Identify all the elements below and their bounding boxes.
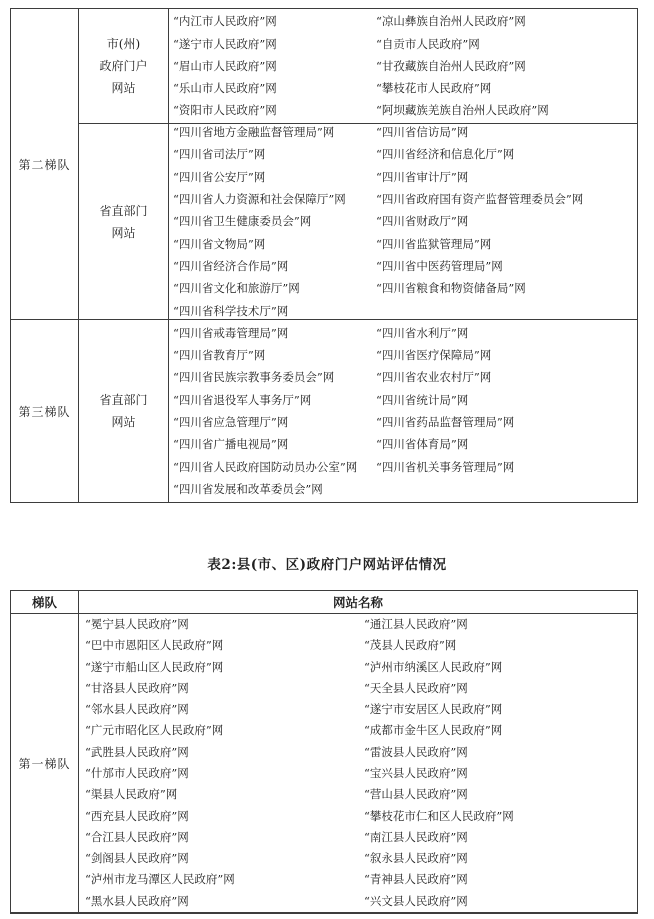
site-name: “南江县人民政府”网 [364, 827, 633, 848]
site-name: “四川省应急管理厅”网 [173, 411, 376, 433]
site-name [376, 478, 633, 500]
table-row: “遂宁市船山区人民政府”网“泸州市纳溪区人民政府”网 [85, 657, 633, 678]
site-name: “青神县人民政府”网 [364, 869, 633, 890]
table2-header-row: 梯队 网站名称 [11, 591, 637, 614]
site-name: “四川省发展和改革委员会”网 [173, 478, 376, 500]
site-name: “四川省卫生健康委员会”网 [173, 210, 376, 232]
table-row: “四川省退役军人事务厅”网“四川省统计局”网 [173, 389, 633, 411]
table2-body: 第一梯队 “冕宁县人民政府”网“通江县人民政府”网“巴中市恩阳区人民政府”网“茂… [11, 614, 637, 912]
provincial-dept-section-tier2: 省直部门 网站 “四川省地方金融监督管理局”网“四川省信访局”网“四川省司法厅”… [79, 123, 637, 319]
tier2-group: 第二梯队 市(州) 政府门户 网站 “内江市人民政府”网“凉山彝族自治州人民政府… [11, 9, 637, 319]
site-name: “叙永县人民政府”网 [364, 848, 633, 869]
site-name: “四川省信访局”网 [376, 121, 633, 143]
site-name: “凉山彝族自治州人民政府”网 [376, 10, 633, 32]
table-row: “四川省教育厅”网“四川省医疗保障局”网 [173, 344, 633, 366]
site-name: “四川省科学技术厅”网 [173, 300, 376, 322]
provincial-dept-category-cell: 省直部门 网站 [79, 124, 169, 319]
site-name: “四川省统计局”网 [376, 389, 633, 411]
site-name: “遂宁市船山区人民政府”网 [85, 657, 364, 678]
county-site-list: “冕宁县人民政府”网“通江县人民政府”网“巴中市恩阳区人民政府”网“茂县人民政府… [79, 614, 637, 912]
table-row: “甘洛县人民政府”网“天全县人民政府”网 [85, 678, 633, 699]
tier2-label-cell: 第二梯队 [11, 9, 79, 319]
provincial-dept-site-list-tier2: “四川省地方金融监督管理局”网“四川省信访局”网“四川省司法厅”网“四川省经济和… [169, 124, 637, 319]
site-name: “雷波县人民政府”网 [364, 742, 633, 763]
site-name: “四川省民族宗教事务委员会”网 [173, 366, 376, 388]
table-row: “四川省民族宗教事务委员会”网“四川省农业农村厅”网 [173, 366, 633, 388]
site-name: “四川省广播电视局”网 [173, 433, 376, 455]
table-row: “四川省人力资源和社会保障厅”网“四川省政府国有资产监督管理委员会”网 [173, 188, 633, 210]
site-name: “四川省政府国有资产监督管理委员会”网 [376, 188, 633, 210]
table-row: “四川省人民政府国防动员办公室”网“四川省机关事务管理局”网 [173, 456, 633, 478]
site-name: “四川省人力资源和社会保障厅”网 [173, 188, 376, 210]
site-name: “剑阁县人民政府”网 [85, 848, 364, 869]
table-row: “眉山市人民政府”网“甘孜藏族自治州人民政府”网 [173, 55, 633, 77]
site-name: “攀枝花市仁和区人民政府”网 [364, 806, 633, 827]
site-name: “甘孜藏族自治州人民政府”网 [376, 55, 633, 77]
site-name: “冕宁县人民政府”网 [85, 614, 364, 635]
site-name: “四川省文物局”网 [173, 233, 376, 255]
site-name: “合江县人民政府”网 [85, 827, 364, 848]
site-name: “四川省司法厅”网 [173, 143, 376, 165]
table-row: “巴中市恩阳区人民政府”网“茂县人民政府”网 [85, 635, 633, 656]
site-name: “四川省医疗保障局”网 [376, 344, 633, 366]
site-name: “四川省体育局”网 [376, 433, 633, 455]
city-portal-site-list: “内江市人民政府”网“凉山彝族自治州人民政府”网“遂宁市人民政府”网“自贡市人民… [169, 9, 637, 123]
site-name: “甘洛县人民政府”网 [85, 678, 364, 699]
site-name: “宝兴县人民政府”网 [364, 763, 633, 784]
site-name: “四川省公安厅”网 [173, 166, 376, 188]
site-name: “四川省地方金融监督管理局”网 [173, 121, 376, 143]
site-name: “遂宁市人民政府”网 [173, 33, 376, 55]
document-page: { "table1": { "groups": [ { "tier": "第二梯… [0, 0, 654, 919]
site-name: “四川省经济合作局”网 [173, 255, 376, 277]
table-row: “四川省地方金融监督管理局”网“四川省信访局”网 [173, 121, 633, 143]
table-row: “四川省应急管理厅”网“四川省药品监督管理局”网 [173, 411, 633, 433]
site-name [376, 300, 633, 322]
table-row: “四川省文化和旅游厅”网“四川省粮食和物资储备局”网 [173, 277, 633, 299]
tier-evaluation-table: 第二梯队 市(州) 政府门户 网站 “内江市人民政府”网“凉山彝族自治州人民政府… [10, 8, 638, 503]
city-portal-category-cell: 市(州) 政府门户 网站 [79, 9, 169, 123]
table-row: “四川省经济合作局”网“四川省中医药管理局”网 [173, 255, 633, 277]
site-name: “营山县人民政府”网 [364, 784, 633, 805]
site-name: “四川省水利厅”网 [376, 322, 633, 344]
site-name: “泸州市纳溪区人民政府”网 [364, 657, 633, 678]
table-row: “内江市人民政府”网“凉山彝族自治州人民政府”网 [173, 10, 633, 32]
table-row: “渠县人民政府”网“营山县人民政府”网 [85, 784, 633, 805]
table-row: “四川省文物局”网“四川省监狱管理局”网 [173, 233, 633, 255]
table-row: “乐山市人民政府”网“攀枝花市人民政府”网 [173, 77, 633, 99]
table-row: “广元市昭化区人民政府”网“成都市金牛区人民政府”网 [85, 720, 633, 741]
table-row: “武胜县人民政府”网“雷波县人民政府”网 [85, 742, 633, 763]
provincial-dept-category-cell-tier3: 省直部门 网站 [79, 320, 169, 502]
table-row: “邻水县人民政府”网“遂宁市安居区人民政府”网 [85, 699, 633, 720]
site-name: “渠县人民政府”网 [85, 784, 364, 805]
table-row: “四川省戒毒管理局”网“四川省水利厅”网 [173, 322, 633, 344]
table-row: “四川省公安厅”网“四川省审计厅”网 [173, 166, 633, 188]
table-row: “什邡市人民政府”网“宝兴县人民政府”网 [85, 763, 633, 784]
tier3-group: 第三梯队 省直部门 网站 “四川省戒毒管理局”网“四川省水利厅”网“四川省教育厅… [11, 319, 637, 502]
table-row: “资阳市人民政府”网“阿坝藏族羌族自治州人民政府”网 [173, 99, 633, 121]
table2-header-site-name: 网站名称 [79, 591, 637, 613]
table-row: “西充县人民政府”网“攀枝花市仁和区人民政府”网 [85, 806, 633, 827]
site-name: “四川省退役军人事务厅”网 [173, 389, 376, 411]
county-evaluation-table: 梯队 网站名称 第一梯队 “冕宁县人民政府”网“通江县人民政府”网“巴中市恩阳区… [10, 590, 638, 914]
site-name: “阿坝藏族羌族自治州人民政府”网 [376, 99, 633, 121]
site-name: “广元市昭化区人民政府”网 [85, 720, 364, 741]
tier3-group-body: 省直部门 网站 “四川省戒毒管理局”网“四川省水利厅”网“四川省教育厅”网“四川… [79, 320, 637, 502]
table-row: “四川省卫生健康委员会”网“四川省财政厅”网 [173, 210, 633, 232]
tier1-label-cell: 第一梯队 [11, 614, 79, 912]
site-name: “四川省机关事务管理局”网 [376, 456, 633, 478]
table-row: “黑水县人民政府”网“兴文县人民政府”网 [85, 891, 633, 912]
site-name: “兴文县人民政府”网 [364, 891, 633, 912]
site-name: “成都市金牛区人民政府”网 [364, 720, 633, 741]
site-name: “什邡市人民政府”网 [85, 763, 364, 784]
site-name: “四川省药品监督管理局”网 [376, 411, 633, 433]
site-name: “武胜县人民政府”网 [85, 742, 364, 763]
site-name: “四川省经济和信息化厅”网 [376, 143, 633, 165]
site-name: “四川省文化和旅游厅”网 [173, 277, 376, 299]
site-name: “天全县人民政府”网 [364, 678, 633, 699]
site-name: “四川省粮食和物资储备局”网 [376, 277, 633, 299]
site-name: “攀枝花市人民政府”网 [376, 77, 633, 99]
site-name: “巴中市恩阳区人民政府”网 [85, 635, 364, 656]
tier3-label-cell: 第三梯队 [11, 320, 79, 502]
site-name: “四川省教育厅”网 [173, 344, 376, 366]
provincial-dept-section-tier3: 省直部门 网站 “四川省戒毒管理局”网“四川省水利厅”网“四川省教育厅”网“四川… [79, 320, 637, 502]
site-name: “内江市人民政府”网 [173, 10, 376, 32]
tier2-group-body: 市(州) 政府门户 网站 “内江市人民政府”网“凉山彝族自治州人民政府”网“遂宁… [79, 9, 637, 319]
site-name: “邻水县人民政府”网 [85, 699, 364, 720]
site-name: “四川省审计厅”网 [376, 166, 633, 188]
site-name: “眉山市人民政府”网 [173, 55, 376, 77]
table2-header-tier: 梯队 [11, 591, 79, 613]
table2-title: 表2:县(市、区)政府门户网站评估情况 [0, 553, 654, 573]
table-row: “泸州市龙马潭区人民政府”网“青神县人民政府”网 [85, 869, 633, 890]
site-name: “四川省监狱管理局”网 [376, 233, 633, 255]
table-row: “四川省广播电视局”网“四川省体育局”网 [173, 433, 633, 455]
table-row: “剑阁县人民政府”网“叙永县人民政府”网 [85, 848, 633, 869]
site-name: “茂县人民政府”网 [364, 635, 633, 656]
site-name: “西充县人民政府”网 [85, 806, 364, 827]
site-name: “四川省中医药管理局”网 [376, 255, 633, 277]
table-row: “四川省司法厅”网“四川省经济和信息化厅”网 [173, 143, 633, 165]
site-name: “四川省农业农村厅”网 [376, 366, 633, 388]
site-name: “四川省财政厅”网 [376, 210, 633, 232]
site-name: “自贡市人民政府”网 [376, 33, 633, 55]
table-row: “合江县人民政府”网“南江县人民政府”网 [85, 827, 633, 848]
table-row: “四川省科学技术厅”网 [173, 300, 633, 322]
site-name: “资阳市人民政府”网 [173, 99, 376, 121]
site-name: “四川省戒毒管理局”网 [173, 322, 376, 344]
site-name: “遂宁市安居区人民政府”网 [364, 699, 633, 720]
site-name: “泸州市龙马潭区人民政府”网 [85, 869, 364, 890]
table-row: “四川省发展和改革委员会”网 [173, 478, 633, 500]
city-portal-section: 市(州) 政府门户 网站 “内江市人民政府”网“凉山彝族自治州人民政府”网“遂宁… [79, 9, 637, 123]
site-name: “乐山市人民政府”网 [173, 77, 376, 99]
site-name: “四川省人民政府国防动员办公室”网 [173, 456, 376, 478]
site-name: “通江县人民政府”网 [364, 614, 633, 635]
provincial-dept-site-list-tier3: “四川省戒毒管理局”网“四川省水利厅”网“四川省教育厅”网“四川省医疗保障局”网… [169, 320, 637, 502]
table-row: “遂宁市人民政府”网“自贡市人民政府”网 [173, 33, 633, 55]
table-row: “冕宁县人民政府”网“通江县人民政府”网 [85, 614, 633, 635]
site-name: “黑水县人民政府”网 [85, 891, 364, 912]
